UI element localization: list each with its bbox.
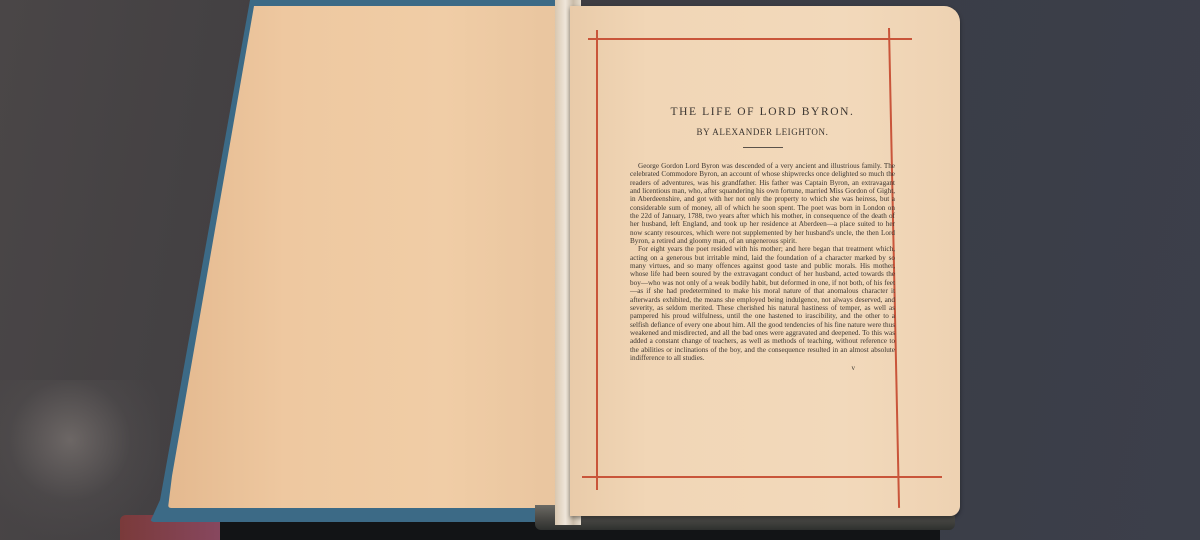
- page-folio: v: [630, 364, 895, 372]
- paragraph-2: For eight years the poet resided with hi…: [630, 245, 895, 362]
- author-byline: BY ALEXANDER LEIGHTON.: [630, 127, 895, 137]
- paragraph-1: George Gordon Lord Byron was descended o…: [630, 162, 895, 245]
- red-rule-bottom: [582, 476, 942, 478]
- red-rule-top: [588, 38, 912, 40]
- title-divider: [743, 147, 783, 148]
- page-title: THE LIFE OF LORD BYRON.: [630, 106, 895, 118]
- red-rule-left: [596, 30, 598, 490]
- page-text-block: THE LIFE OF LORD BYRON. BY ALEXANDER LEI…: [630, 106, 895, 372]
- left-endpaper-page: [168, 6, 560, 508]
- right-page: THE LIFE OF LORD BYRON. BY ALEXANDER LEI…: [570, 6, 960, 516]
